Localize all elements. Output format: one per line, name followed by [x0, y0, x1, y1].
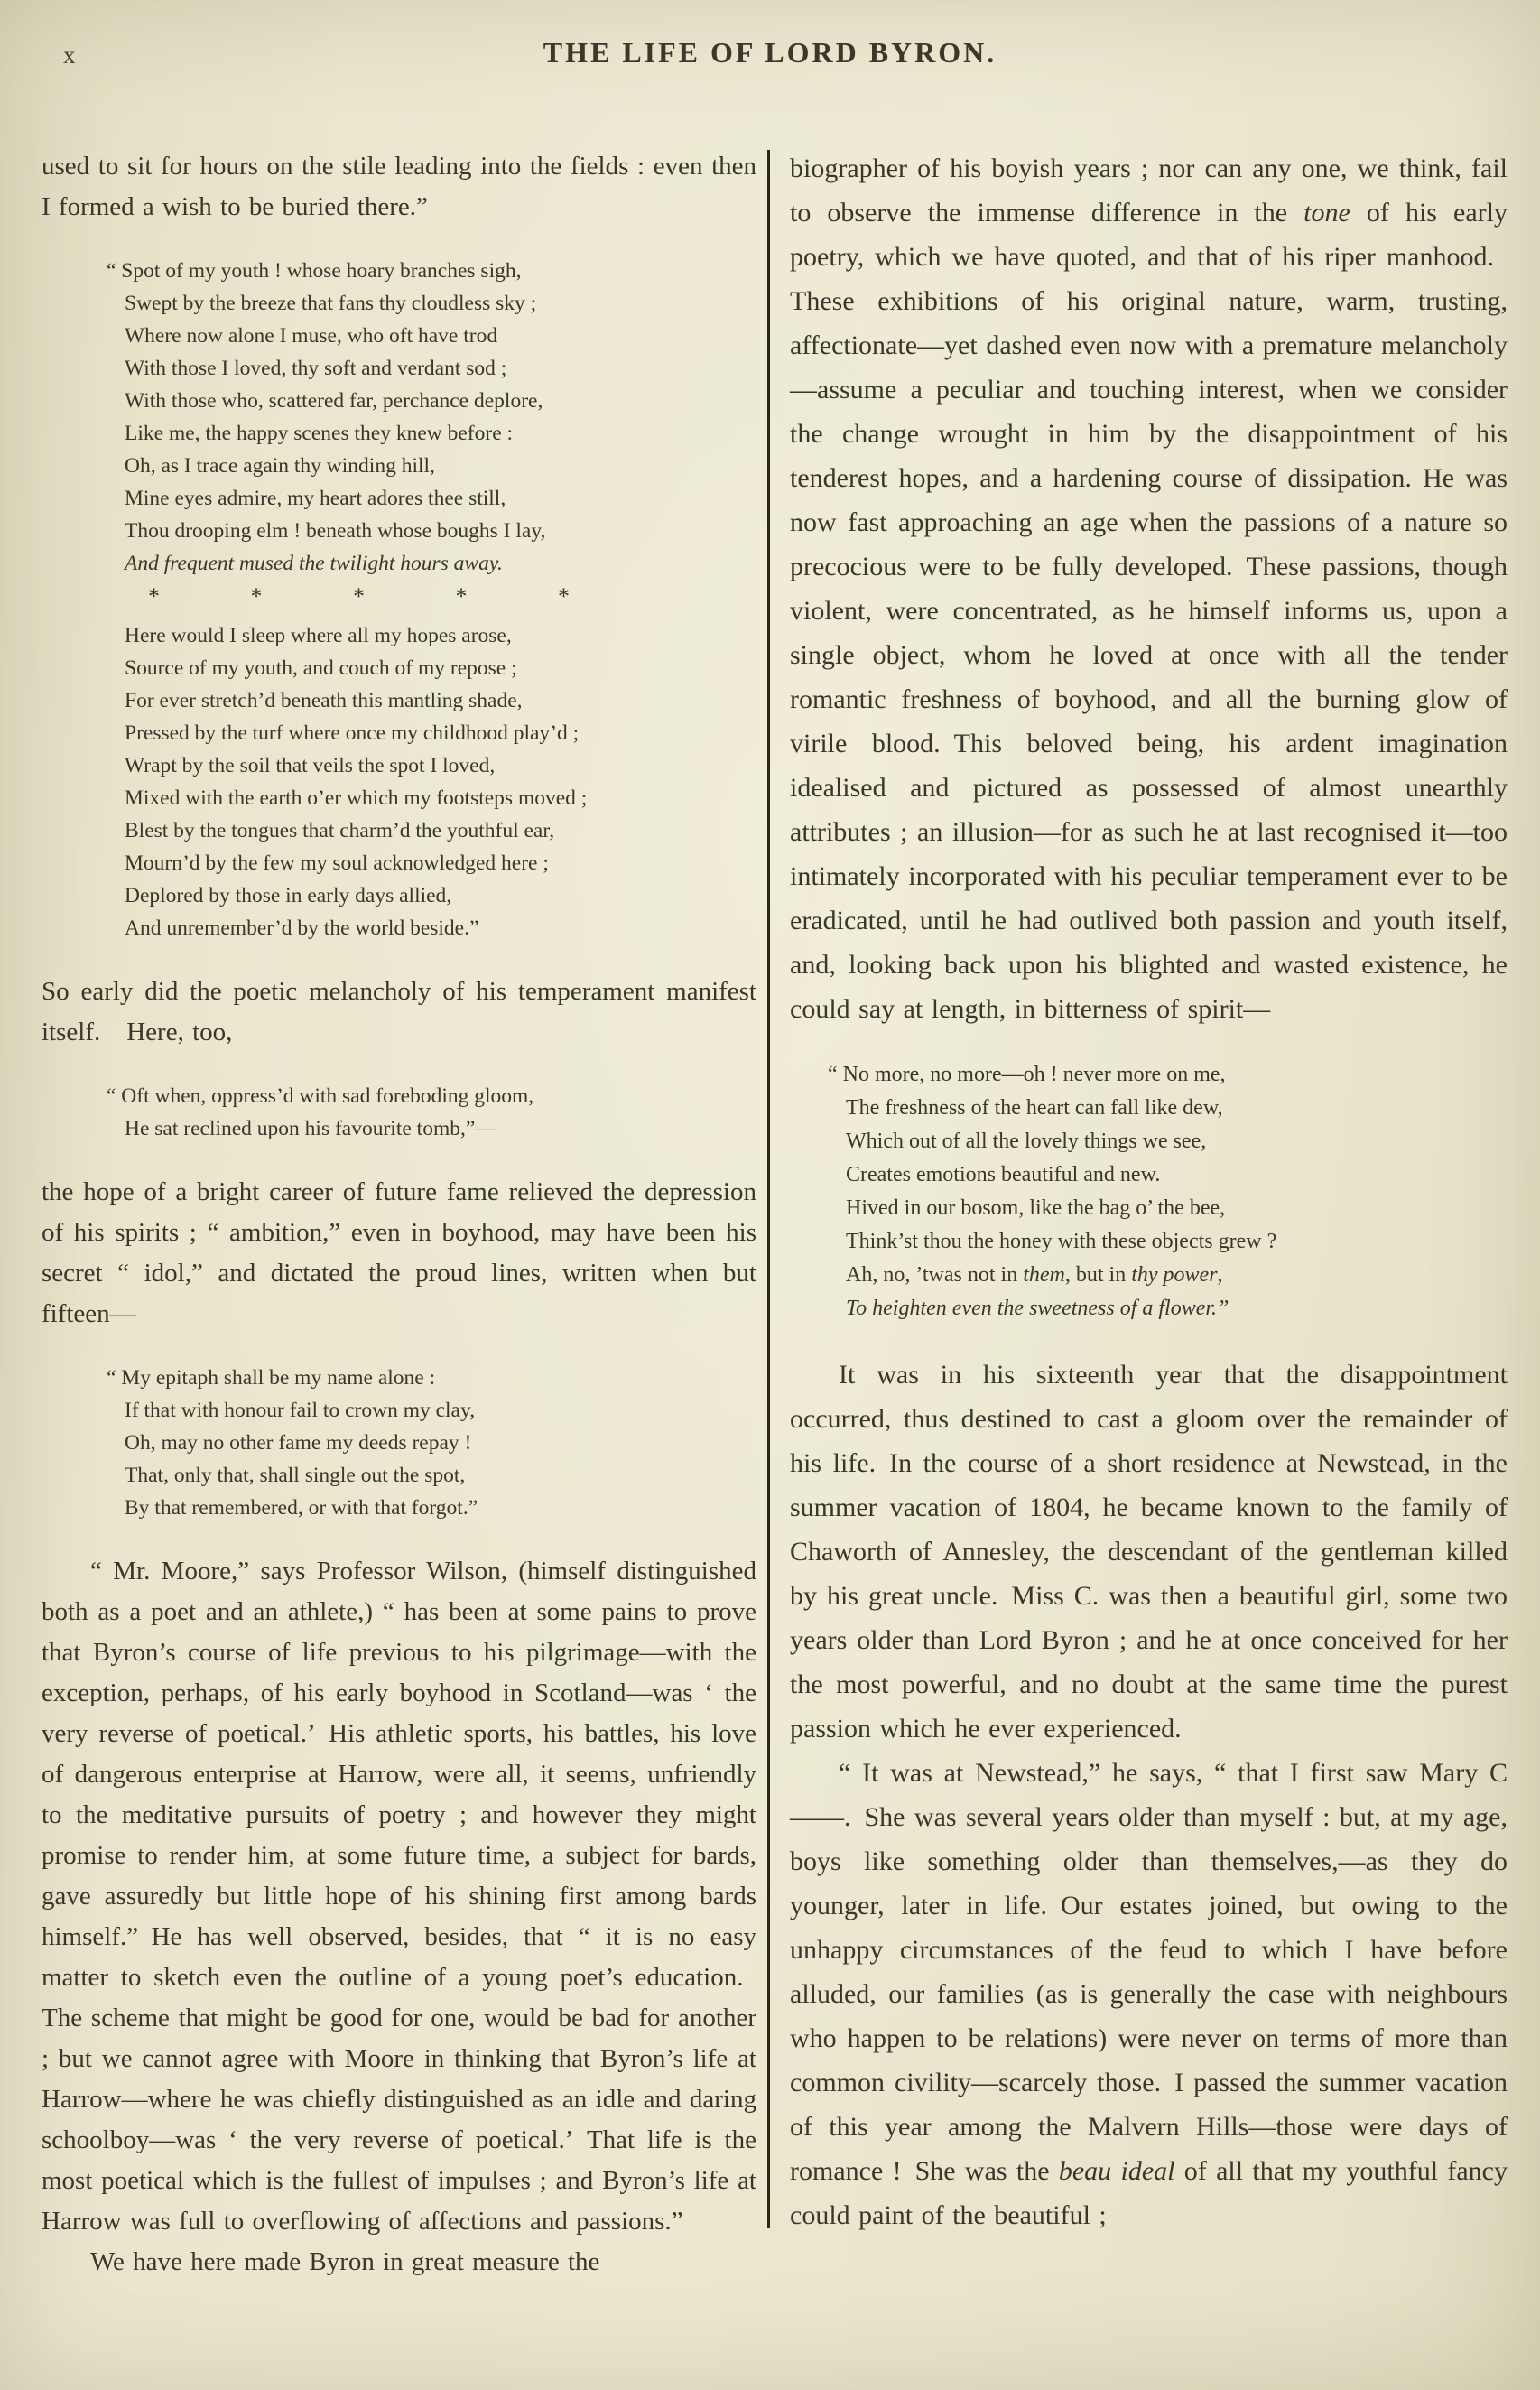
verse-line: Which out of all the lovely things we se… — [846, 1125, 1508, 1158]
two-column-text: used to sit for hours on the stile leadi… — [42, 146, 1508, 2283]
paragraph: We have here made Byron in great measure… — [42, 2242, 756, 2283]
verse-line: And unremember’d by the world beside.” — [125, 912, 756, 944]
verse-line: To heighten even the sweetness of a flow… — [846, 1292, 1508, 1325]
paragraph: used to sit for hours on the stile leadi… — [42, 146, 756, 228]
column-divider — [767, 150, 770, 2228]
page-header: x THE LIFE OF LORD BYRON. — [0, 0, 1540, 101]
verse-block: Here would I sleep where all my hopes ar… — [125, 619, 756, 944]
verse-line: Source of my youth, and couch of my repo… — [125, 652, 756, 684]
verse-line: And frequent mused the twilight hours aw… — [125, 547, 756, 580]
book-page: { "page": { "number": "x", "title": "THE… — [0, 0, 1540, 2390]
italic-text: them — [1023, 1263, 1065, 1287]
verse-line: The freshness of the heart can fall like… — [846, 1092, 1508, 1125]
verse-line: With those I loved, thy soft and verdant… — [125, 352, 756, 385]
verse-line: Deplored by those in early days allied, — [125, 879, 756, 912]
verse-line: Here would I sleep where all my hopes ar… — [125, 619, 756, 652]
verse-block: “ My epitaph shall be my name alone :If … — [125, 1362, 756, 1524]
verse-line: Wrapt by the soil that veils the spot I … — [125, 749, 756, 782]
verse-line: Mixed with the earth o’er which my foots… — [125, 782, 756, 814]
verse-block: “ Spot of my youth ! whose hoary branche… — [125, 255, 756, 580]
page-title: THE LIFE OF LORD BYRON. — [0, 36, 1540, 70]
verse-line: If that with honour fail to crown my cla… — [125, 1394, 756, 1427]
italic-text: tone — [1303, 198, 1350, 228]
verse-line: Oh, may no other fame my deeds repay ! — [125, 1427, 756, 1459]
verse-line: Oh, as I trace again thy winding hill, — [125, 450, 756, 482]
verse-line: Ah, no, ’twas not in them, but in thy po… — [846, 1259, 1508, 1292]
paragraph: “ Mr. Moore,” says Professor Wilson, (hi… — [42, 1551, 756, 2242]
verse-line: Think’st thou the honey with these objec… — [846, 1225, 1508, 1259]
verse-block: “ Oft when, oppress’d with sad forebodin… — [125, 1080, 756, 1145]
paragraph: the hope of a bright career of future fa… — [42, 1172, 756, 1334]
page-number: x — [63, 42, 76, 70]
verse-line: Like me, the happy scenes they knew befo… — [125, 417, 756, 450]
verse-line: For ever stretch’d beneath this mantling… — [125, 684, 756, 717]
verse-line: Mourn’d by the few my soul acknowledged … — [125, 847, 756, 879]
verse-line: Mine eyes admire, my heart adores thee s… — [125, 482, 756, 515]
verse-line: Hived in our bosom, like the bag o’ the … — [846, 1192, 1508, 1225]
verse-line: Swept by the breeze that fans thy cloudl… — [125, 287, 756, 320]
verse-line: Pressed by the turf where once my childh… — [125, 717, 756, 749]
verse-block: “ No more, no more—oh ! never more on me… — [846, 1058, 1508, 1325]
verse-line: By that remembered, or with that forgot.… — [125, 1492, 756, 1524]
left-column: used to sit for hours on the stile leadi… — [42, 146, 762, 2283]
verse-line: “ No more, no more—oh ! never more on me… — [846, 1058, 1508, 1092]
verse-line: He sat reclined upon his favourite tomb,… — [125, 1112, 756, 1145]
paragraph: So early did the poetic melancholy of hi… — [42, 972, 756, 1053]
paragraph: It was in his sixteenth year that the di… — [790, 1353, 1508, 1751]
verse-line: Blest by the tongues that charm’d the yo… — [125, 814, 756, 847]
verse-line: “ My epitaph shall be my name alone : — [125, 1362, 756, 1394]
verse-line: Where now alone I muse, who oft have tro… — [125, 320, 756, 352]
paragraph: “ It was at Newstead,” he says, “ that I… — [790, 1751, 1508, 2237]
verse-line: With those who, scattered far, perchance… — [125, 385, 756, 417]
verse-line: Thou drooping elm ! beneath whose boughs… — [125, 515, 756, 547]
asterisk-separator: * * * * * — [148, 583, 756, 610]
right-column: biographer of his boyish years ; nor can… — [790, 146, 1508, 2283]
paragraph: biographer of his boyish years ; nor can… — [790, 146, 1508, 1031]
verse-line: “ Spot of my youth ! whose hoary branche… — [125, 255, 756, 287]
italic-text: thy power — [1131, 1263, 1217, 1287]
verse-line: “ Oft when, oppress’d with sad forebodin… — [125, 1080, 756, 1112]
verse-line: That, only that, shall single out the sp… — [125, 1459, 756, 1492]
verse-line: Creates emotions beautiful and new. — [846, 1158, 1508, 1192]
italic-text: beau ideal — [1059, 2156, 1175, 2186]
